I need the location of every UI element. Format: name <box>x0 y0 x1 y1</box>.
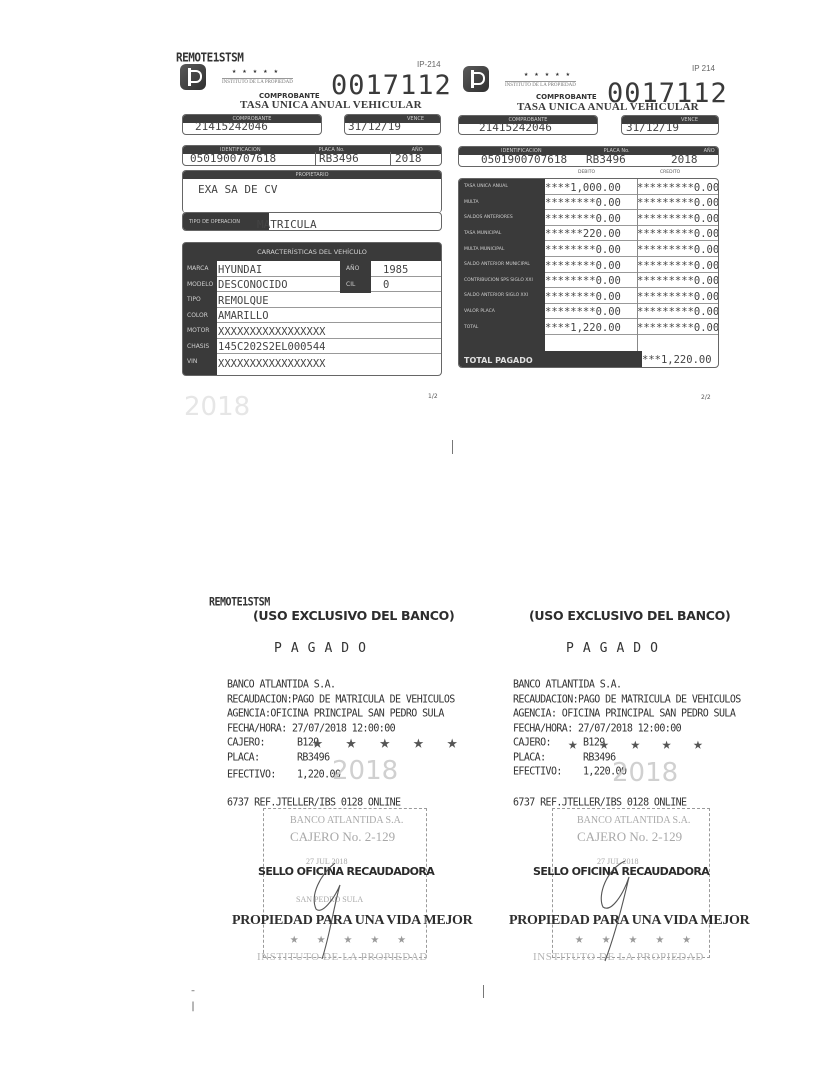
vin-label: VIN <box>183 354 217 370</box>
debito-value: ********0.00 <box>545 244 637 256</box>
vence-field: VENCE 31/12/19 <box>344 114 441 135</box>
comprobante-field: COMPROBANTE 21415242046 <box>182 114 322 135</box>
recaudacion-line: RECAUDACION:PAGO DE MATRICULA DE VEHICUL… <box>513 693 741 708</box>
form-code: IP 214 <box>692 64 715 73</box>
vence-value: 31/12/19 <box>345 121 440 132</box>
credito-value: *********0.00 <box>637 213 719 225</box>
vence-field: VENCE 31/12/19 <box>621 115 719 135</box>
watermark-year: 2018 <box>332 756 398 786</box>
payment-line: ******220.00*********0.00 <box>545 226 719 242</box>
tipo-value: REMOLQUE <box>217 292 442 308</box>
page-number: 2/2 <box>701 394 711 401</box>
identificacion-value: 0501900707618 <box>190 152 290 165</box>
vehicle-anio-label: AÑO <box>340 261 371 277</box>
credito-value: *********0.00 <box>637 182 719 194</box>
credito-value: *********0.00 <box>637 275 719 287</box>
identificacion-field: IDENTIFICACION PLACA No. AÑO 05019007076… <box>182 145 442 166</box>
propietario-label: PROPIETARIO <box>183 171 441 179</box>
credito-value: *********0.00 <box>637 306 719 318</box>
comprobante-field: COMPROBANTE 21415242046 <box>458 115 598 135</box>
watermark-year: 2018 <box>612 758 678 788</box>
placa-label: PLACA: <box>227 751 297 766</box>
payment-line: ********0.00*********0.00 <box>545 241 719 257</box>
signature-mark <box>300 855 360 965</box>
placa-value: RB3496 <box>297 752 330 764</box>
watermark-year: 2018 <box>184 392 250 422</box>
agencia-line: AGENCIA: OFICINA PRINCIPAL SAN PEDRO SUL… <box>513 707 741 722</box>
cashier-stamp-stars: ★ ★ ★ ★ ★ <box>568 734 709 753</box>
payment-line-label: TASA UNICA ANUAL <box>459 179 545 195</box>
payment-line: ********0.00*********0.00 <box>545 304 719 320</box>
credito-value: *********0.00 <box>637 322 719 334</box>
identificacion-value: 0501900707618 <box>481 153 581 166</box>
anio-value: 2018 <box>390 152 422 165</box>
seal-cajero: CAJERO No. 2-129 <box>290 829 395 845</box>
payment-line-label: SALDOS ANTERIORES <box>459 210 545 226</box>
folio-number: 0017112 <box>331 70 452 101</box>
tipo-operacion-field: TIPO DE OPERACION MATRICULA <box>182 212 442 231</box>
remote-tag: REMOTE1STSM <box>176 50 243 65</box>
tipo-operacion-value: MATRICULA <box>257 218 317 231</box>
debito-value: ********0.00 <box>545 275 637 287</box>
color-value: AMARILLO <box>217 308 442 324</box>
payment-line: ********0.00*********0.00 <box>545 257 719 273</box>
vence-value: 31/12/19 <box>622 122 718 133</box>
identificacion-field: IDENTIFICACION PLACA No. AÑO 05019007076… <box>458 146 719 167</box>
efectivo-label: EFECTIVO: <box>227 768 297 783</box>
total-pagado-value: ***1,220.00 <box>642 354 712 366</box>
efectivo-label: EFECTIVO: <box>513 765 583 780</box>
caracteristicas-panel: CARACTERÍSTICAS DEL VEHÍCULO MARCA MODEL… <box>182 242 442 376</box>
paid-status: PAGADO <box>566 641 667 656</box>
bank-use-heading: (USO EXCLUSIVO DEL BANCO) <box>529 608 730 623</box>
anio-value: 2018 <box>671 153 698 166</box>
placa-value: RB3496 <box>315 152 385 165</box>
debito-value: ********0.00 <box>545 213 637 225</box>
debito-value: ********0.00 <box>545 197 637 209</box>
payment-line-label: MULTA MUNICIPAL <box>459 241 545 257</box>
form-code: IP-214 <box>417 60 441 69</box>
debito-value: ****1,000.00 <box>545 182 637 194</box>
credito-column-header: CREDITO <box>660 170 680 175</box>
debito-value: ****1,220.00 <box>545 322 637 334</box>
credito-value: *********0.00 <box>637 260 719 272</box>
credito-value: *********0.00 <box>637 228 719 240</box>
payment-table: TASA UNICA ANUALMULTASALDOS ANTERIORESTA… <box>458 178 719 368</box>
debito-value: ********0.00 <box>545 306 637 318</box>
marca-value: HYUNDAI <box>217 261 340 277</box>
page-number: 1/2 <box>428 393 438 400</box>
comprobante-value: 21415242046 <box>459 122 597 133</box>
chasis-value: 145C202S2EL000544 <box>217 339 442 355</box>
payment-line-label: VALOR PLACA <box>459 304 545 320</box>
seal-cajero: CAJERO No. 2-129 <box>577 829 682 845</box>
payment-line-label: TASA MUNICIPAL <box>459 226 545 242</box>
motor-value: XXXXXXXXXXXXXXXXX <box>217 323 442 339</box>
debito-value: ********0.00 <box>545 291 637 303</box>
total-pagado-label: TOTAL PAGADO <box>459 351 642 368</box>
seal-bank: BANCO ATLANTIDA S.A. <box>577 815 690 826</box>
debito-value: ******220.00 <box>545 228 637 240</box>
vehicle-anio-value: 1985 <box>371 261 442 277</box>
bank-name: BANCO ATLANTIDA S.A. <box>513 678 741 693</box>
chasis-label: CHASIS <box>183 339 217 355</box>
bank-use-heading: (USO EXCLUSIVO DEL BANCO) <box>253 608 454 623</box>
debito-column-header: DEBITO <box>578 170 595 175</box>
payment-line-label: SALDO ANTERIOR MUNICIPAL <box>459 257 545 273</box>
payment-line: ********0.00*********0.00 <box>545 195 719 211</box>
cajero-label: CAJERO: <box>227 736 297 751</box>
payment-line-label: CONTRIBUCION SPS SIGLO XXI <box>459 273 545 289</box>
placa-value: RB3496 <box>586 153 671 166</box>
fold-mark <box>483 985 484 998</box>
payment-line: ****1,000.00*********0.00 <box>545 179 719 195</box>
comprobante-value: 21415242046 <box>183 121 321 132</box>
modelo-label: MODELO <box>183 277 217 293</box>
corner-mark: ¯| <box>190 990 196 1012</box>
agencia-line: AGENCIA:OFICINA PRINCIPAL SAN PEDRO SULA <box>227 707 455 722</box>
bank-name: BANCO ATLANTIDA S.A. <box>227 678 455 693</box>
fold-mark <box>452 440 453 454</box>
institution-name: INSTITUTO DE LA PROPIEDAD <box>222 78 293 85</box>
debito-value: ********0.00 <box>545 260 637 272</box>
payment-line: ****1,220.00*********0.00 <box>545 319 719 335</box>
anio-label: AÑO <box>704 148 715 154</box>
recaudacion-line: RECAUDACION:PAGO DE MATRICULA DE VEHICUL… <box>227 693 455 708</box>
payment-line: ********0.00*********0.00 <box>545 210 719 226</box>
propietario-field: PROPIETARIO EXA SA DE CV <box>182 170 442 213</box>
propietario-value: EXA SA DE CV <box>183 184 441 195</box>
cil-label: CIL <box>340 277 371 293</box>
institution-logo-icon <box>463 66 489 92</box>
color-label: COLOR <box>183 308 217 324</box>
institution-name: INSTITUTO DE LA PROPIEDAD <box>505 81 576 88</box>
credito-value: *********0.00 <box>637 291 719 303</box>
tipo-label: TIPO <box>183 292 217 308</box>
document-title: TASA UNICA ANUAL VEHICULAR <box>240 99 422 111</box>
document-title: TASA UNICA ANUAL VEHICULAR <box>517 101 699 113</box>
credito-value: *********0.00 <box>637 244 719 256</box>
payment-line: ********0.00*********0.00 <box>545 288 719 304</box>
cashier-stamp-stars: ★ ★ ★ ★ ★ <box>312 732 464 753</box>
credito-value: *********0.00 <box>637 197 719 209</box>
paid-status: PAGADO <box>274 641 375 656</box>
cil-value: 0 <box>371 277 442 293</box>
payment-line-label: SALDO ANTERIOR SIGLO XXI <box>459 288 545 304</box>
marca-label: MARCA <box>183 261 217 277</box>
payment-line: ********0.00*********0.00 <box>545 273 719 289</box>
motor-label: MOTOR <box>183 323 217 339</box>
seal-bank: BANCO ATLANTIDA S.A. <box>290 815 403 826</box>
signature-mark <box>585 855 645 965</box>
payment-line-label: MULTA <box>459 195 545 211</box>
comprobante-caption: COMPROBANTE <box>536 93 597 101</box>
institution-logo-icon <box>180 64 206 90</box>
vin-value: XXXXXXXXXXXXXXXXX <box>217 354 442 370</box>
payment-line-label: TOTAL <box>459 319 545 335</box>
institution-stars: ★ ★ ★ ★ ★ <box>524 70 571 78</box>
placa-value: RB3496 <box>583 752 616 764</box>
modelo-value: DESCONOCIDO <box>217 277 340 293</box>
caracteristicas-title: CARACTERÍSTICAS DEL VEHÍCULO <box>183 248 441 256</box>
remote-tag: REMOTE1STSM <box>209 596 270 609</box>
institution-stars: ★ ★ ★ ★ ★ <box>232 67 279 75</box>
